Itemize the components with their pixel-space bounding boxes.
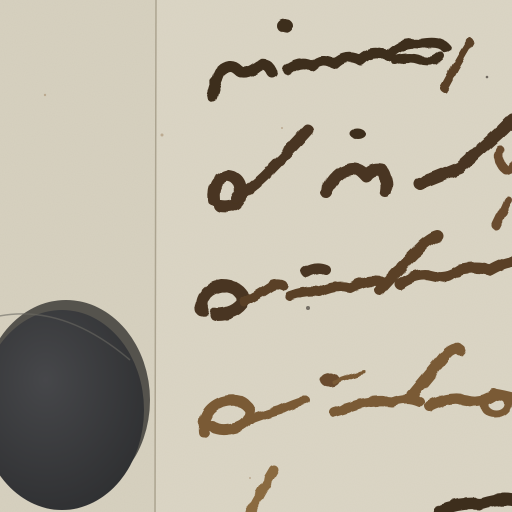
manuscript-scene xyxy=(0,0,512,512)
manuscript-photo: Close-up photograph of a handwritten man… xyxy=(0,0,512,512)
margin-fold-line xyxy=(155,0,156,512)
